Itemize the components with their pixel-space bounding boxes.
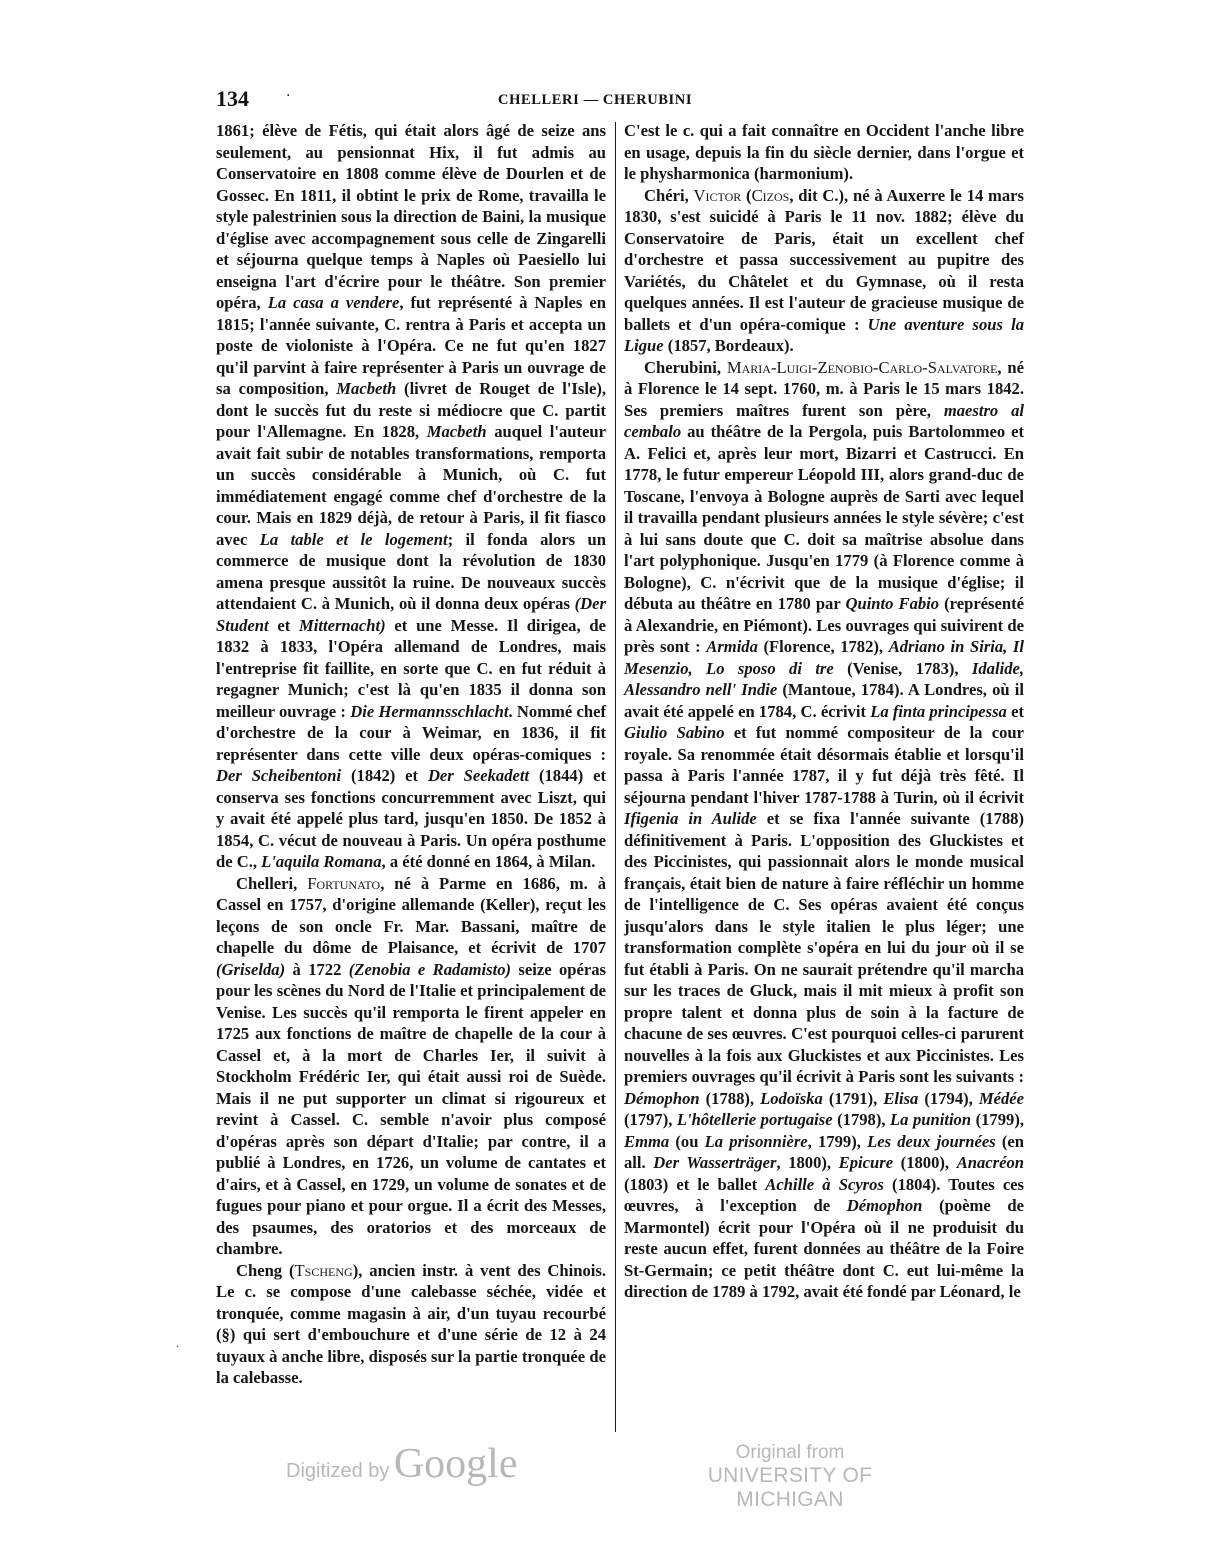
entry-cheng: Cheng (Tscheng), ancien instr. à vent de… [216,1260,606,1389]
headword: Chelleri [236,874,293,893]
left-column: 1861; élève de Fétis, qui était alors âg… [216,120,606,1389]
chelard-entry-continuation: 1861; élève de Fétis, qui était alors âg… [216,120,606,873]
scan-speck: · [176,1342,179,1353]
page-header: 134 · CHELLERI — CHERUBINI [216,86,1026,114]
university-name: UNIVERSITY OF MICHIGAN [660,1464,920,1512]
speck: · [286,88,290,104]
entry-chelleri: Chelleri, Fortunato, né à Parme en 1686,… [216,873,606,1260]
headword: Cherubini [644,358,717,377]
headword: Cheng [236,1261,282,1280]
digitized-prefix: Digitized by [286,1460,389,1482]
original-from-watermark: Original from UNIVERSITY OF MICHIGAN [660,1442,920,1512]
page-number: 134 [216,86,249,112]
google-logo-text: Google [394,1441,518,1487]
book-page: 134 · CHELLERI — CHERUBINI 1861; élève d… [0,0,1207,1562]
right-column: C'est le c. qui a fait connaître en Occi… [624,120,1024,1303]
headword: Chéri [644,186,685,205]
entry-cheri: Chéri, Victor (Cizos, dit C.), né à Auxe… [624,185,1024,357]
digitized-by-google-watermark: Digitized by Google [286,1440,518,1488]
entry-cherubini: Cherubini, Maria-Luigi-Zenobio-Carlo-Sal… [624,357,1024,1303]
running-head: CHELLERI — CHERUBINI [498,92,692,109]
cheng-entry-continuation: C'est le c. qui a fait connaître en Occi… [624,120,1024,185]
original-from-label: Original from [660,1442,920,1464]
column-divider [615,122,616,1432]
mouthpiece-symbol-icon: § [222,1325,230,1344]
